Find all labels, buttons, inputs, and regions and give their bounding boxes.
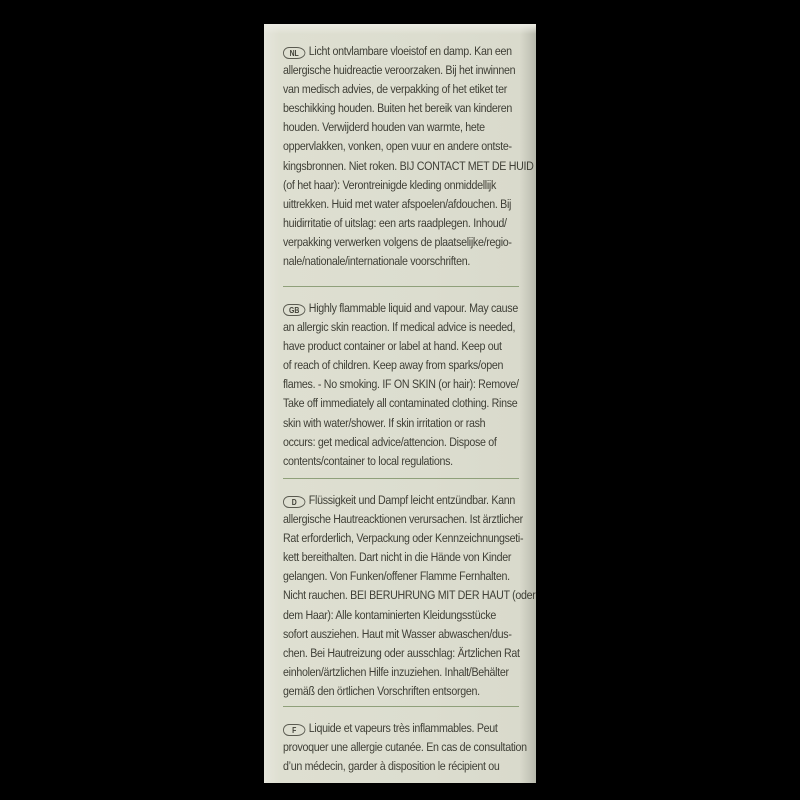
section-d: DFlüssigkeit und Dampf leicht entzündbar… [283, 491, 521, 701]
text-line: have product container or label at hand.… [283, 337, 521, 356]
text-line: contents/container to local regulations. [283, 452, 521, 471]
text-line: allergische Hautreacktionen verursachen.… [283, 510, 521, 529]
text-line: skin with water/shower. If skin irritati… [283, 414, 521, 433]
text-line: (of het haar): Verontreinigde kleding on… [283, 176, 521, 195]
section-f: FLiquide et vapeurs très inflammables. P… [283, 719, 521, 776]
section-divider [283, 706, 519, 707]
text-line: houden. Verwijderd houden van warmte, he… [283, 118, 521, 137]
section-divider [283, 286, 519, 287]
language-badge-d: D [283, 496, 305, 508]
text-line: einholen/ärtzlichen Hilfe inzuziehen. In… [283, 663, 521, 682]
section-nl: NLLicht ontvlambare vloeistof en damp. K… [283, 42, 521, 271]
text-line: oppervlakken, vonken, open vuur en ander… [283, 137, 521, 156]
text-line: of reach of children. Keep away from spa… [283, 356, 521, 375]
language-badge-gb: GB [283, 304, 305, 316]
text-line: beschikking houden. Buiten het bereik va… [283, 99, 521, 118]
text-line: an allergic skin reaction. If medical ad… [283, 318, 521, 337]
text-line: Rat erforderlich, Verpackung oder Kennze… [283, 529, 521, 548]
text-line: NLLicht ontvlambare vloeistof en damp. K… [283, 42, 521, 61]
text-line: sofort ausziehen. Haut mit Wasser abwasc… [283, 625, 521, 644]
text-line: kingsbronnen. Niet roken. BIJ CONTACT ME… [283, 157, 521, 176]
text-line: occurs: get medical advice/attencion. Di… [283, 433, 521, 452]
section-gb: GBHighly flammable liquid and vapour. Ma… [283, 299, 521, 471]
text-line: dem Haar): Alle kontaminierten Kleidungs… [283, 606, 521, 625]
text-line: huidirritatie of uitslag: een arts raadp… [283, 214, 521, 233]
text-line: Take off immediately all contaminated cl… [283, 394, 521, 413]
product-label-panel: NLLicht ontvlambare vloeistof en damp. K… [264, 24, 536, 783]
text-line: chen. Bei Hautreizung oder ausschlag: Är… [283, 644, 521, 663]
text-line: kett bereithalten. Dart nicht in die Hän… [283, 548, 521, 567]
text-line: uittrekken. Huid met water afspoelen/afd… [283, 195, 521, 214]
text-line: allergische huidreactie veroorzaken. Bij… [283, 61, 521, 80]
language-badge-nl: NL [283, 47, 305, 59]
text-line: van medisch advies, de verpakking of het… [283, 80, 521, 99]
text-line: nale/nationale/internationale voorschrif… [283, 252, 521, 271]
text-line: gelangen. Von Funken/offener Flamme Fern… [283, 567, 521, 586]
section-divider [283, 478, 519, 479]
language-badge-f: F [283, 724, 305, 736]
text-line: d’un médecin, garder à disposition le ré… [283, 757, 521, 776]
text-line: DFlüssigkeit und Dampf leicht entzündbar… [283, 491, 521, 510]
text-line: Nicht rauchen. BEI BERUHRUNG MIT DER HAU… [283, 586, 521, 605]
text-line: FLiquide et vapeurs très inflammables. P… [283, 719, 521, 738]
text-line: flames. - No smoking. IF ON SKIN (or hai… [283, 375, 521, 394]
text-line: provoquer une allergie cutanée. En cas d… [283, 738, 521, 757]
text-line: verpakking verwerken volgens de plaatsel… [283, 233, 521, 252]
text-line: gemäß den örtlichen Vorschriften entsorg… [283, 682, 521, 701]
text-line: GBHighly flammable liquid and vapour. Ma… [283, 299, 521, 318]
